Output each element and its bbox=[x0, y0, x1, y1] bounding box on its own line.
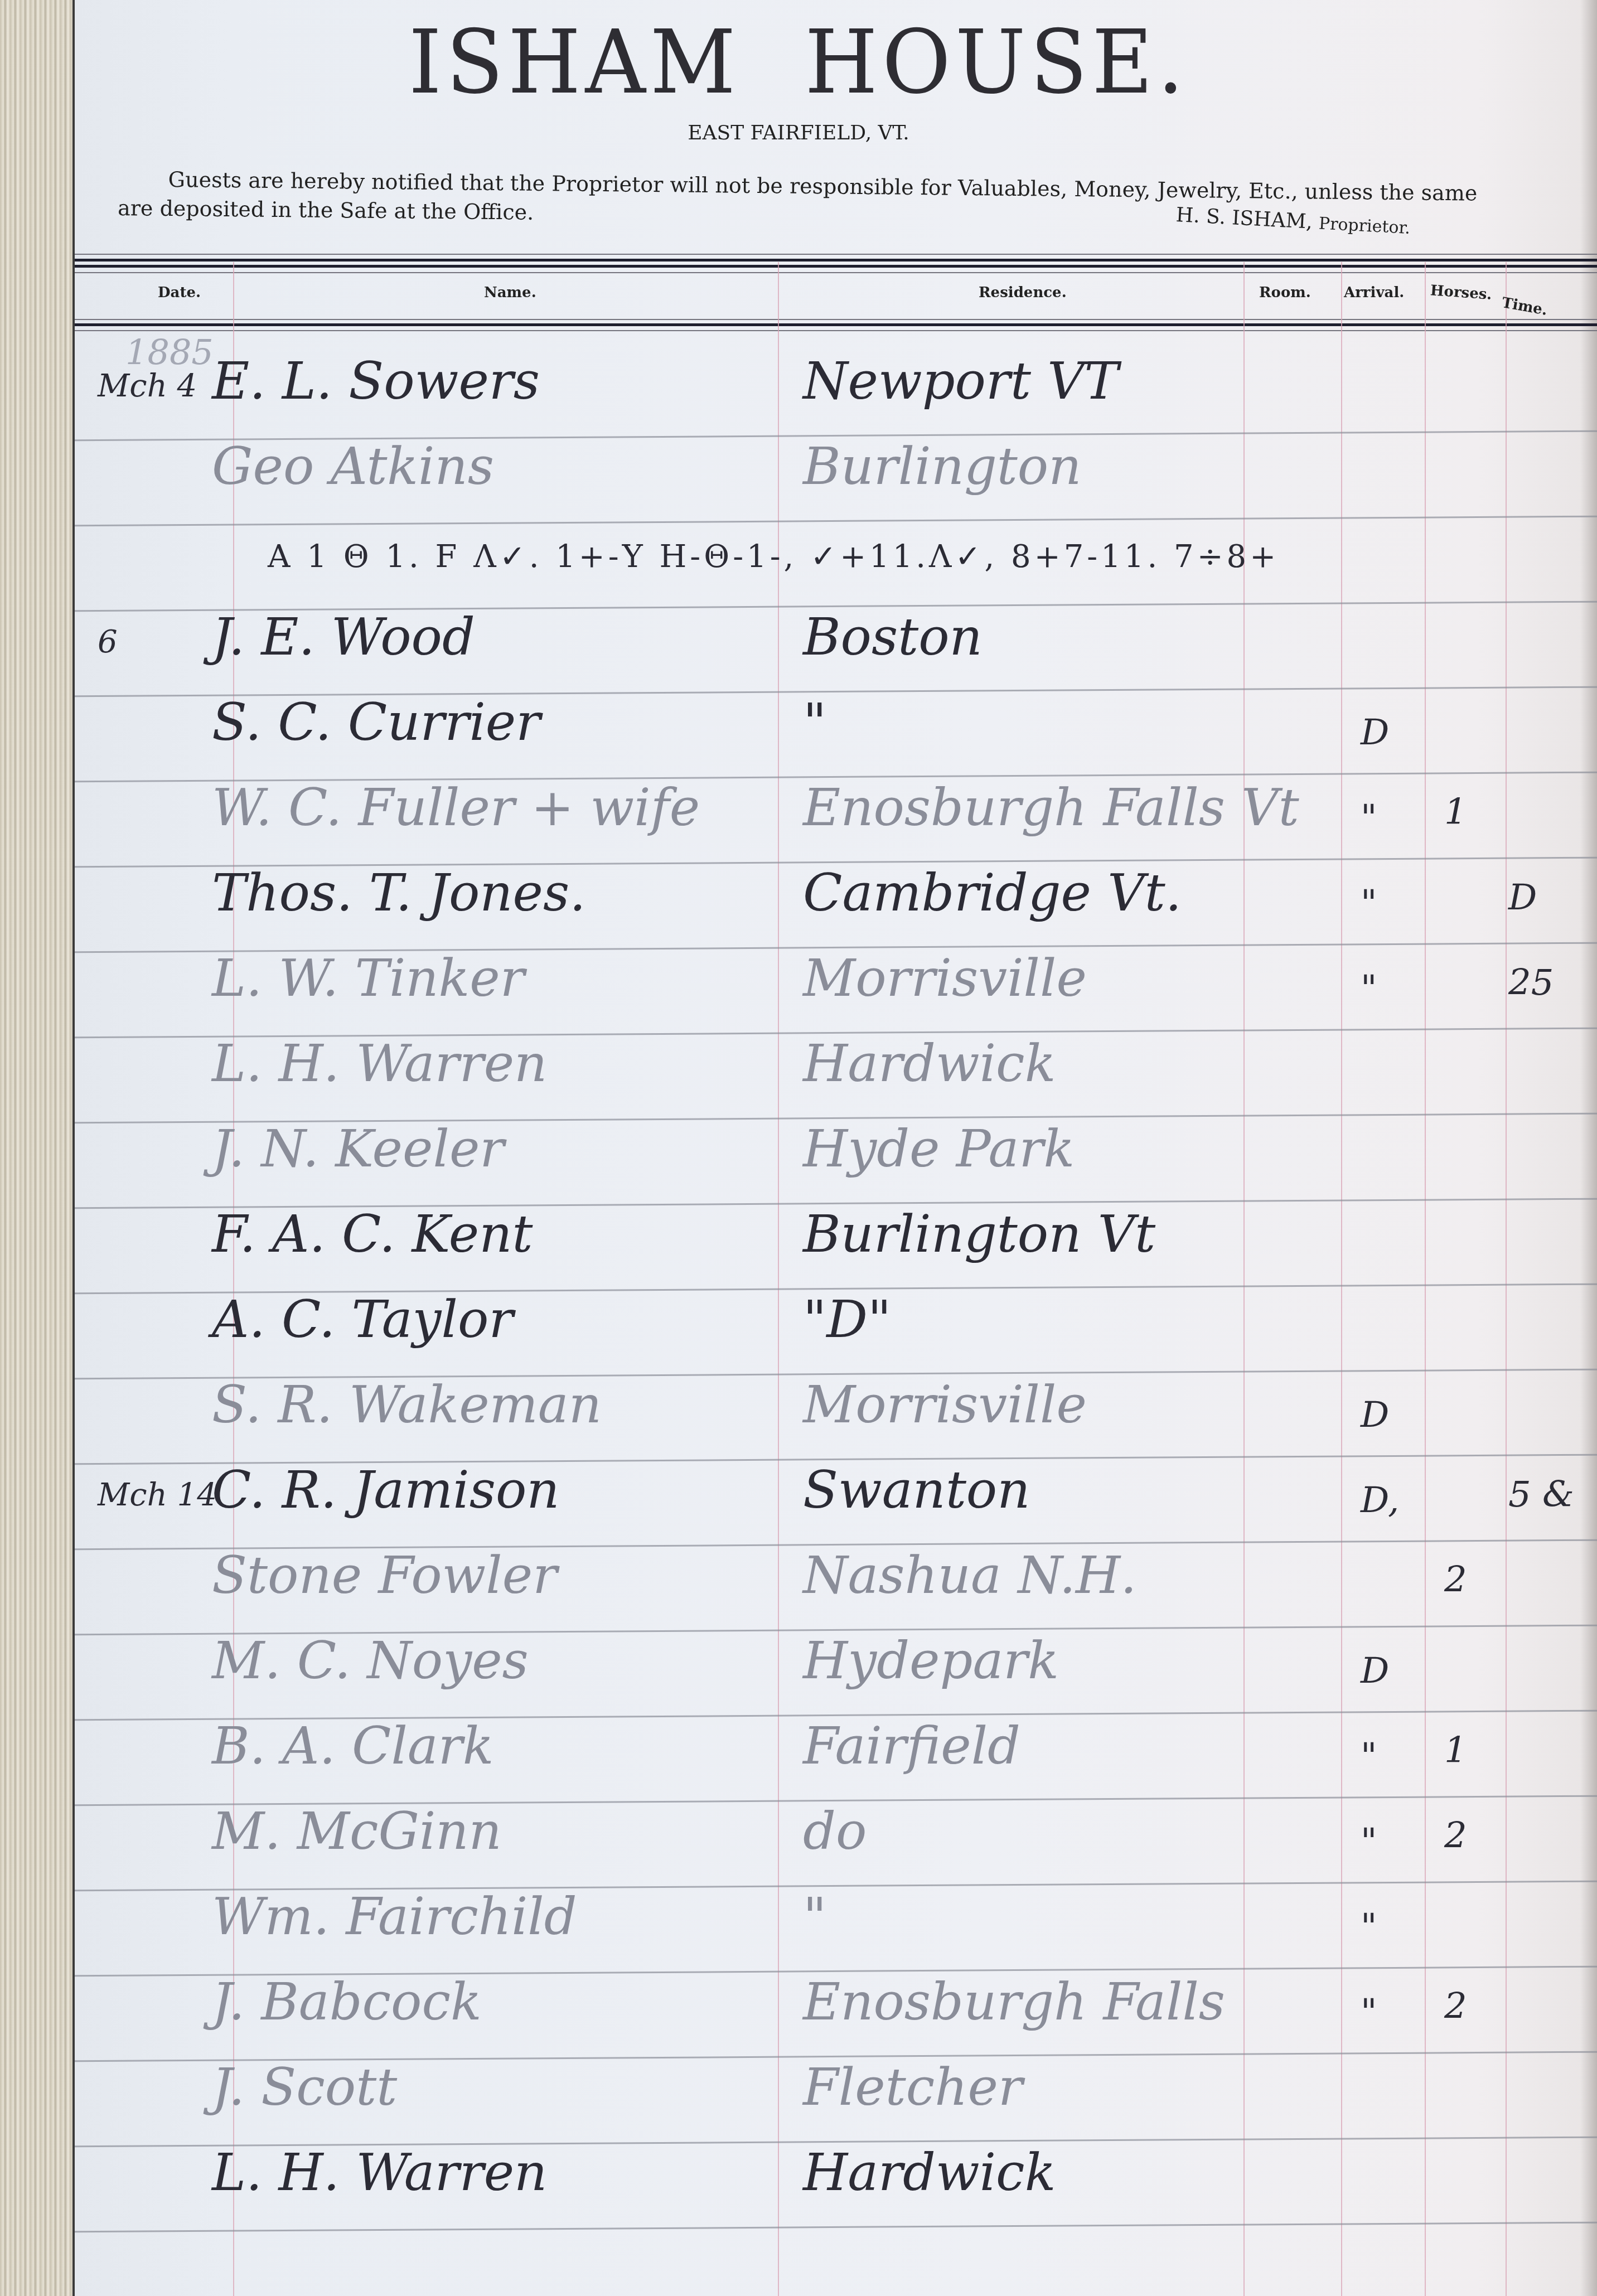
guest-residence: Hardwick bbox=[803, 2143, 1056, 2202]
guest-residence: Swanton bbox=[803, 1460, 1030, 1520]
column-header-date: Date. bbox=[158, 284, 201, 301]
arrival-mark: D bbox=[1361, 1394, 1389, 1436]
guest-residence: Hardwick bbox=[803, 1034, 1056, 1093]
column-divider bbox=[1341, 262, 1342, 2296]
location-subtitle: EAST FAIRFIELD, VT. bbox=[0, 122, 1597, 144]
column-header-name: Name. bbox=[484, 284, 536, 301]
guest-name: A. C. Taylor bbox=[212, 1290, 513, 1349]
guest-name: L. H. Warren bbox=[212, 1034, 547, 1093]
guest-name: W. C. Fuller + wife bbox=[212, 778, 700, 837]
horses-count: 2 bbox=[1444, 1986, 1467, 2027]
entry-date: Mch 14 bbox=[98, 1477, 217, 1513]
guest-name: F. A. C. Kent bbox=[212, 1204, 533, 1264]
guest-name: C. R. Jamison bbox=[212, 1460, 560, 1520]
guest-name: L. W. Tinker bbox=[212, 948, 525, 1008]
guest-residence: Newport VT bbox=[803, 351, 1119, 411]
arrival-mark: " bbox=[1361, 1736, 1377, 1777]
guest-name: Geo Atkins bbox=[212, 437, 494, 496]
arrival-mark: " bbox=[1361, 797, 1377, 839]
column-header-room: Room. bbox=[1259, 284, 1311, 301]
header-rule bbox=[75, 265, 1597, 268]
guest-residence: Fletcher bbox=[803, 2057, 1023, 2117]
shorthand-entry: A 1 Θ 1. F Λ✓. 1+-Y H-Θ-1-, ✓+11.Λ✓, 8+7… bbox=[268, 539, 1279, 575]
time-mark: 5 & bbox=[1508, 1474, 1574, 1515]
column-header-arrival: Arrival. bbox=[1344, 284, 1404, 301]
guest-name: M. McGinn bbox=[212, 1801, 502, 1861]
column-header-residence: Residence. bbox=[979, 284, 1067, 301]
arrival-mark: " bbox=[1361, 1821, 1377, 1862]
guest-residence: Nashua N.H. bbox=[803, 1546, 1137, 1605]
page-curl-shadow bbox=[1580, 0, 1597, 2296]
header-rule bbox=[75, 323, 1597, 326]
header-rule bbox=[75, 330, 1597, 331]
arrival-mark: D bbox=[1361, 1650, 1389, 1692]
page-title: ISHAM HOUSE. bbox=[0, 12, 1597, 114]
guest-residence: Enosburgh Falls Vt bbox=[803, 778, 1299, 837]
guest-residence: Fairfield bbox=[803, 1716, 1020, 1776]
guest-name: Stone Fowler bbox=[212, 1546, 557, 1605]
arrival-mark: " bbox=[1361, 883, 1377, 924]
column-divider bbox=[1425, 262, 1426, 2296]
time-mark: D bbox=[1508, 877, 1537, 918]
guest-name: Wm. Fairchild bbox=[212, 1887, 577, 1946]
entry-date: Mch 4 bbox=[98, 368, 197, 404]
guest-residence: Burlington bbox=[803, 437, 1081, 496]
guest-residence: Boston bbox=[803, 607, 983, 667]
guest-residence: " bbox=[803, 692, 826, 752]
header-rule bbox=[75, 259, 1597, 261]
header-rule bbox=[75, 319, 1597, 320]
guest-residence: Morrisville bbox=[803, 1375, 1087, 1435]
guest-name: Thos. T. Jones. bbox=[212, 863, 585, 923]
guest-name: J. Babcock bbox=[212, 1972, 482, 2032]
guest-name: S. R. Wakeman bbox=[212, 1375, 602, 1435]
guest-residence: Hyde Park bbox=[803, 1119, 1075, 1179]
entry-date: 6 bbox=[98, 624, 118, 660]
arrival-mark: " bbox=[1361, 1992, 1377, 2033]
horses-count: 2 bbox=[1444, 1815, 1467, 1857]
guest-name: S. C. Currier bbox=[212, 692, 540, 752]
guest-name: J. Scott bbox=[212, 2057, 397, 2117]
arrival-mark: " bbox=[1361, 968, 1377, 1009]
register-year: 1885 bbox=[125, 332, 214, 372]
guest-name: E. L. Sowers bbox=[212, 351, 540, 411]
guest-name: J. E. Wood bbox=[212, 607, 475, 667]
guest-residence: Morrisville bbox=[803, 948, 1087, 1008]
guest-residence: Hydepark bbox=[803, 1631, 1059, 1690]
header-rule bbox=[75, 254, 1597, 255]
horses-count: 1 bbox=[1444, 1730, 1467, 1771]
guest-residence: Enosburgh Falls bbox=[803, 1972, 1225, 2032]
column-divider bbox=[1506, 262, 1507, 2296]
guest-residence: Cambridge Vt. bbox=[803, 863, 1182, 923]
arrival-mark: D bbox=[1361, 712, 1389, 753]
guest-residence: Burlington Vt bbox=[803, 1204, 1155, 1264]
arrival-mark: " bbox=[1361, 1906, 1377, 1948]
time-mark: 25 bbox=[1508, 962, 1554, 1004]
horses-count: 2 bbox=[1444, 1559, 1467, 1601]
guest-residence: " bbox=[803, 1887, 826, 1946]
header-rule bbox=[75, 272, 1597, 273]
guest-name: L. H. Warren bbox=[212, 2143, 547, 2202]
guest-name: M. C. Noyes bbox=[212, 1631, 529, 1690]
guest-name: B. A. Clark bbox=[212, 1716, 493, 1776]
arrival-mark: D, bbox=[1361, 1480, 1399, 1521]
guest-residence: do bbox=[803, 1801, 867, 1861]
guest-residence: "D" bbox=[803, 1290, 891, 1349]
horses-count: 1 bbox=[1444, 792, 1467, 833]
proprietor-title: Proprietor. bbox=[1318, 214, 1411, 238]
guest-name: J. N. Keeler bbox=[212, 1119, 504, 1179]
